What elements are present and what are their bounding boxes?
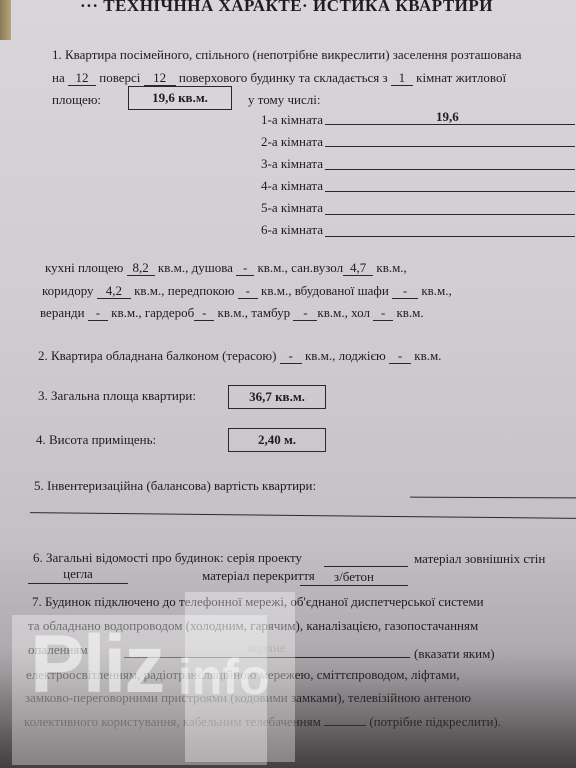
unit: кв.м.,: [261, 283, 291, 298]
including-label: у тому числі:: [248, 92, 320, 107]
dressing-label: гардероб: [145, 305, 194, 320]
unit: кв.м.: [396, 305, 423, 320]
unit: кв.м.,: [376, 260, 406, 275]
hallway-field: -: [238, 283, 258, 299]
underline-hint: (потрібне підкреслити).: [369, 714, 501, 729]
hall-label: хол: [351, 305, 370, 320]
room-label: 2-а кімната: [261, 134, 323, 149]
inventory-value-field: [410, 497, 576, 499]
balcony-label: 2. Квартира обладнана балконом (терасою): [38, 348, 276, 363]
areas-line1: кухні площею 8,2 кв.м., душова - кв.м., …: [45, 260, 407, 276]
floor-suffix: поверсі: [99, 70, 140, 85]
shower-field: -: [236, 260, 254, 276]
room-label: 5-а кімната: [261, 200, 323, 215]
vestibule-field: -: [293, 305, 317, 321]
cable-tv-label: колективного користування, кабельним тел…: [24, 714, 321, 729]
section1-line2: на 12 поверсі 12 поверхового будинку та …: [52, 70, 506, 86]
veranda-field: -: [88, 305, 108, 321]
kitchen-field: 8,2: [127, 260, 155, 276]
section7-line4: електроосвітленням, радіотрансляційною м…: [26, 667, 460, 682]
unit: кв.м.,: [134, 283, 164, 298]
inventory-value-field-line2: [30, 512, 576, 519]
unit: кв.м.,: [317, 305, 347, 320]
room-field: [325, 236, 575, 237]
room-field: [325, 146, 575, 147]
section2: 2. Квартира обладнана балконом (терасою)…: [38, 348, 441, 364]
total-floors-field: 12: [144, 70, 176, 86]
unit: кв.м.,: [257, 260, 287, 275]
rooms-suffix: кімнат житлової: [416, 70, 506, 85]
photo-shadow: [0, 648, 576, 768]
section7-line1: 7. Будинок підключено до телефонної мере…: [32, 594, 484, 609]
loggia-label: кв.м., лоджією: [305, 348, 386, 363]
room-label: 4-а кімната: [261, 178, 323, 193]
building-suffix: поверхового будинку та складається з: [179, 70, 388, 85]
bathroom-label: сан.вузол: [291, 260, 343, 275]
cable-tv-field: [324, 725, 366, 726]
room-field: [325, 214, 575, 215]
areas-line3: веранди - кв.м., гардероб- кв.м., тамбур…: [40, 305, 424, 321]
unit: кв.м.,: [111, 305, 141, 320]
total-area-box: 36,7 кв.м.: [228, 385, 326, 409]
room-field: [325, 191, 575, 192]
height-box: 2,40 м.: [228, 428, 326, 452]
ceiling-field: з/бетон: [300, 569, 408, 586]
wardrobe-builtin-label: вбудованої шафи: [295, 283, 389, 298]
unit: кв.м.,: [218, 305, 248, 320]
room-label: 3-а кімната: [261, 156, 323, 171]
unit: кв.м.,: [421, 283, 451, 298]
room-field: [325, 169, 575, 170]
section1-line1: 1. Квартира посімейного, спільного (непо…: [52, 47, 522, 62]
room-label: 1-а кімната: [261, 112, 323, 127]
ceiling-label: матеріал перекриття: [202, 568, 315, 583]
hallway-label: передпокою: [168, 283, 235, 298]
building-info-label: 6. Загальні відомості про будинок: серія…: [33, 550, 302, 565]
bathroom-field: 4,7: [343, 260, 373, 276]
vestibule-label: тамбур: [251, 305, 290, 320]
veranda-label: веранди: [40, 305, 85, 320]
section7-line5: замково-переговорними пристроями (кодови…: [25, 690, 471, 705]
section7-line6: колективного користування, кабельним тел…: [24, 714, 501, 729]
heating-label: опаленням: [28, 642, 88, 657]
shower-label: душова: [192, 260, 233, 275]
dressing-field: -: [194, 305, 214, 321]
kitchen-label: кухні площею: [45, 260, 123, 275]
project-series-field: [324, 566, 408, 567]
walls-field: цегла: [28, 566, 128, 584]
heating-field: водяне: [124, 640, 410, 658]
corridor-field: 4,2: [97, 283, 131, 299]
floor-field: 12: [68, 70, 96, 86]
unit: кв.м.,: [158, 260, 188, 275]
background-object: [0, 0, 11, 40]
floor-prefix: на: [52, 70, 65, 85]
walls-label: матеріал зовнішніх стін: [414, 551, 545, 566]
height-label: 4. Висота приміщень:: [36, 432, 156, 447]
areas-line2: коридору 4,2 кв.м., передпокою - кв.м., …: [42, 283, 452, 299]
document-title: ··· ТЕХНІЧННА ХАРАКТЕ· ИСТИКА КВАРТИРИ: [80, 0, 493, 13]
heating-hint: (вказати яким): [414, 646, 495, 661]
wardrobe-builtin-field: -: [392, 283, 418, 299]
rooms-field: 1: [391, 70, 413, 86]
living-area-box: 19,6 кв.м.: [128, 86, 232, 110]
unit: кв.м.: [414, 348, 441, 363]
section7-line2: та обладнано водопроводом (холодним, гар…: [28, 618, 478, 633]
room-value: 19,6: [436, 109, 459, 125]
inventory-value-label: 5. Інвентеризаційна (балансова) вартість…: [34, 478, 316, 493]
hall-field: -: [373, 305, 393, 321]
area-label: площею:: [52, 92, 101, 107]
corridor-label: коридору: [42, 283, 94, 298]
total-area-label: 3. Загальна площа квартири:: [38, 388, 196, 403]
balcony-field: -: [280, 348, 302, 364]
room-label: 6-а кімната: [261, 222, 323, 237]
loggia-field: -: [389, 348, 411, 364]
